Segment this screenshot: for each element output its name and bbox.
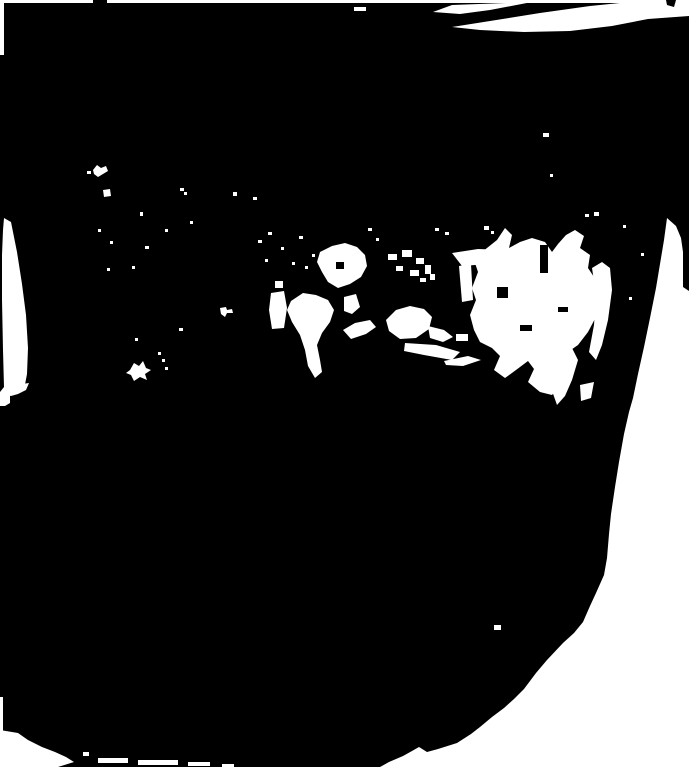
- cluster-f2: [402, 250, 412, 257]
- border-left: [0, 0, 4, 55]
- cluster-f4: [396, 266, 403, 271]
- cluster-f8: [420, 278, 426, 282]
- speck-17: [165, 367, 168, 370]
- binarized-photo: [0, 0, 689, 767]
- speck-25: [258, 240, 262, 243]
- speck-37: [484, 226, 489, 230]
- curve-dot: [494, 625, 501, 630]
- bl-dot: [83, 752, 89, 756]
- bl-dash-1: [98, 758, 128, 763]
- top-dash: [354, 7, 366, 11]
- cluster-f6: [425, 265, 431, 274]
- speck-3: [184, 192, 187, 195]
- speck-21: [594, 212, 599, 216]
- speck-19: [550, 174, 553, 177]
- mass-hole-3: [520, 325, 532, 331]
- speck-5: [253, 197, 257, 200]
- speck-13: [158, 352, 161, 355]
- speck-23: [629, 297, 632, 300]
- speck-6: [98, 229, 101, 232]
- speck-27: [281, 247, 284, 250]
- cluster-f7: [430, 274, 435, 280]
- speck-28: [299, 236, 303, 239]
- speck-2: [180, 188, 184, 191]
- mass-hole-4: [558, 307, 568, 312]
- speck-7: [110, 241, 113, 244]
- speck-20: [585, 214, 589, 217]
- speck-14: [162, 359, 165, 362]
- speck-1: [140, 212, 143, 216]
- speck-33: [368, 228, 372, 231]
- speck-24: [623, 225, 626, 228]
- speck-15: [179, 328, 183, 331]
- speck-31: [292, 262, 295, 265]
- bl-dash-3: [188, 762, 210, 766]
- cluster-blob-a-hole: [336, 262, 344, 269]
- cluster-bar-left: [269, 291, 287, 329]
- left-star-dot: [1, 396, 5, 400]
- cluster-f3: [416, 258, 424, 264]
- speck-22: [641, 253, 644, 256]
- speck-a: [87, 171, 91, 174]
- bl-dash-2: [138, 760, 178, 765]
- speck-blob-b: [103, 189, 111, 197]
- cluster-h-ext2: [456, 334, 468, 341]
- cluster-f1: [388, 254, 397, 260]
- binary-image-canvas: [0, 0, 689, 767]
- speck-34: [376, 238, 379, 241]
- speck-10: [190, 221, 193, 224]
- speck-8: [145, 246, 149, 249]
- border-top-notch: [93, 0, 107, 4]
- speck-32: [305, 266, 308, 269]
- speck-35: [435, 228, 439, 231]
- mass-hole-1: [497, 287, 508, 298]
- speck-36: [445, 232, 449, 235]
- speck-30: [265, 259, 268, 262]
- mass-hole-2: [540, 245, 548, 273]
- cluster-bar-cap: [275, 281, 283, 288]
- speck-18: [543, 133, 549, 137]
- speck-16: [135, 338, 138, 341]
- speck-9: [165, 229, 168, 232]
- speck-12: [107, 268, 110, 271]
- speck-11: [132, 266, 135, 269]
- speck-4: [233, 192, 237, 196]
- cluster-f5: [410, 270, 419, 276]
- speck-26: [268, 232, 272, 235]
- speck-29: [312, 254, 315, 257]
- speck-38: [491, 231, 494, 234]
